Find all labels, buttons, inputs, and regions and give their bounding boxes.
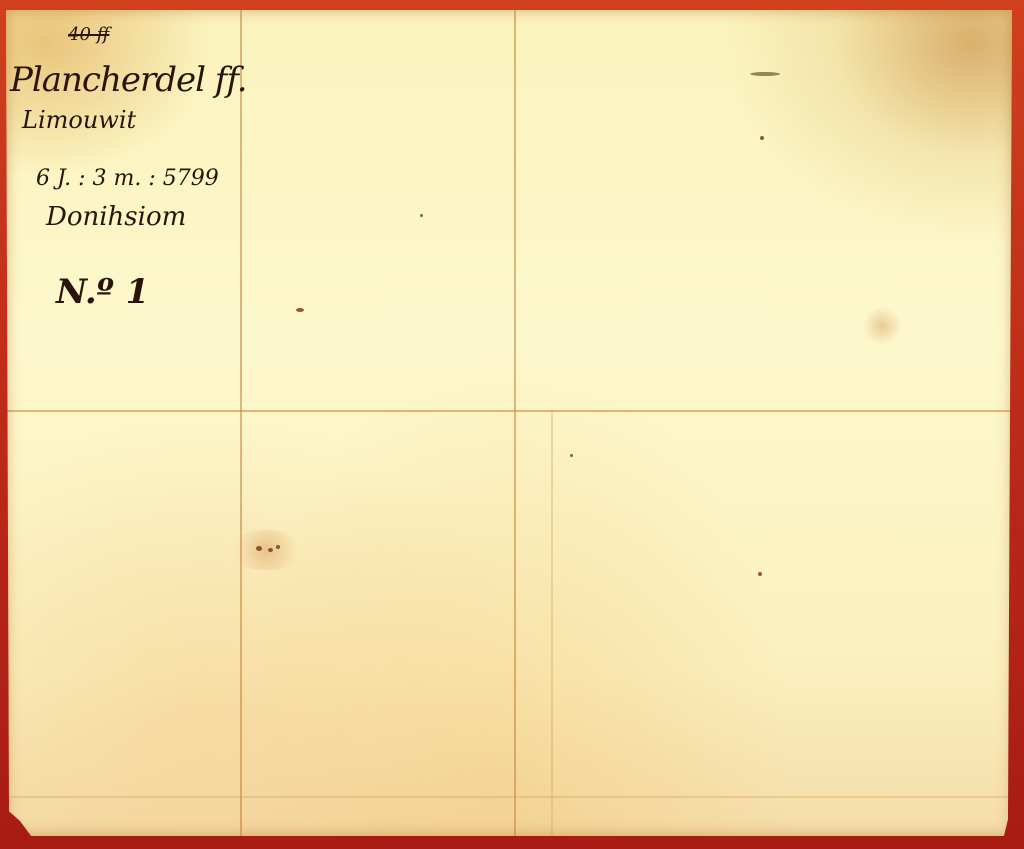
annotation-name: Donihsiom (46, 202, 186, 232)
fold-line-vertical-center (514, 10, 516, 836)
ink-spot (268, 548, 273, 552)
ink-spot (760, 136, 764, 140)
fold-line-horizontal-bottom (6, 796, 1012, 798)
fold-line-horizontal-middle (6, 410, 1012, 412)
stain (862, 306, 902, 346)
ink-spot (420, 214, 423, 217)
annotation-line-1: Plancherdel ff. (10, 60, 247, 100)
stain (226, 530, 306, 570)
ink-spot (758, 572, 762, 576)
ink-mark (750, 72, 780, 76)
ink-spot (256, 546, 262, 551)
struck-note: 40 ff (68, 24, 109, 45)
annotation-line-2: Limouwit (22, 106, 136, 134)
fold-line-vertical-left (240, 10, 242, 836)
date-reference: 6 J. : 3 m. : 5799 (36, 166, 219, 191)
manuscript-page: 40 ff Plancherdel ff. Limouwit 6 J. : 3 … (6, 10, 1012, 836)
document-number: N.º 1 (56, 272, 149, 312)
ink-spot (296, 308, 304, 312)
fold-line-vertical-lower (551, 410, 553, 836)
ink-spot (276, 545, 280, 549)
ink-spot (570, 454, 573, 457)
